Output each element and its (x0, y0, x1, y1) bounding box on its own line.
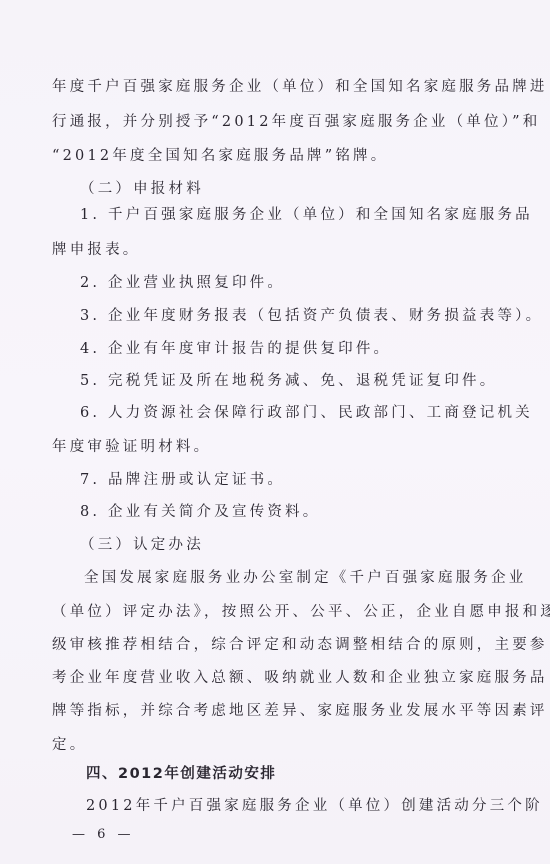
body-line-3: “2012年度全国知名家庭服务品牌”铭牌。 (52, 147, 388, 165)
method-para-line-6: 定。 (52, 736, 87, 754)
method-para-line-3: 级审核推荐相结合，综合评定和动态调整相结合的原则，主要参 (52, 636, 548, 654)
method-para-line-4: 考企业年度营业收入总额、吸纳就业人数和企业独立家庭服务品 (52, 669, 548, 687)
method-para-line-1: 全国发展家庭服务业办公室制定《千户百强家庭服务企业 (84, 569, 527, 587)
method-para-line-2: （单位）评定办法》，按照公开、公平、公正，企业自愿申报和逐 (52, 603, 550, 621)
list-item-2: 2. 企业营业执照复印件。 (80, 274, 285, 292)
page-number: — 6 — (72, 827, 135, 842)
section-heading-method: （三）认定办法 (80, 536, 204, 554)
method-para-line-5: 牌等指标，并综合考虑地区差异、家庭服务业发展水平等因素评 (52, 702, 548, 720)
section-heading-materials: （二）申报材料 (80, 180, 204, 198)
list-item-7: 7. 品牌注册或认定证书。 (80, 471, 285, 489)
arrangement-para-line-1: 2012年千户百强家庭服务企业（单位）创建活动分三个阶 (86, 797, 543, 815)
list-item-4: 4. 企业有年度审计报告的提供复印件。 (80, 340, 391, 358)
list-item-6: 6. 人力资源社会保障行政部门、民政部门、工商登记机关 (80, 404, 533, 422)
list-item-3: 3. 企业年度财务报表（包括资产负债表、财务损益表等）。 (80, 307, 543, 325)
body-line-2: 行通报，并分别授予“2012年度百强家庭服务企业（单位）”和 (52, 113, 540, 131)
section-heading-2012-arrangement: 四、2012年创建活动安排 (86, 765, 276, 783)
list-item-1-cont: 牌申报表。 (52, 241, 141, 259)
document-page: 年度千户百强家庭服务企业（单位）和全国知名家庭服务品牌进 行通报，并分别授予“2… (0, 0, 550, 864)
list-item-8: 8. 企业有关简介及宣传资料。 (80, 503, 320, 521)
body-line-1: 年度千户百强家庭服务企业（单位）和全国知名家庭服务品牌进 (52, 78, 548, 96)
list-item-5: 5. 完税凭证及所在地税务减、免、退税凭证复印件。 (80, 372, 497, 390)
list-item-1: 1. 千户百强家庭服务企业（单位）和全国知名家庭服务品 (80, 206, 533, 224)
list-item-6-cont: 年度审验证明材料。 (52, 438, 211, 456)
